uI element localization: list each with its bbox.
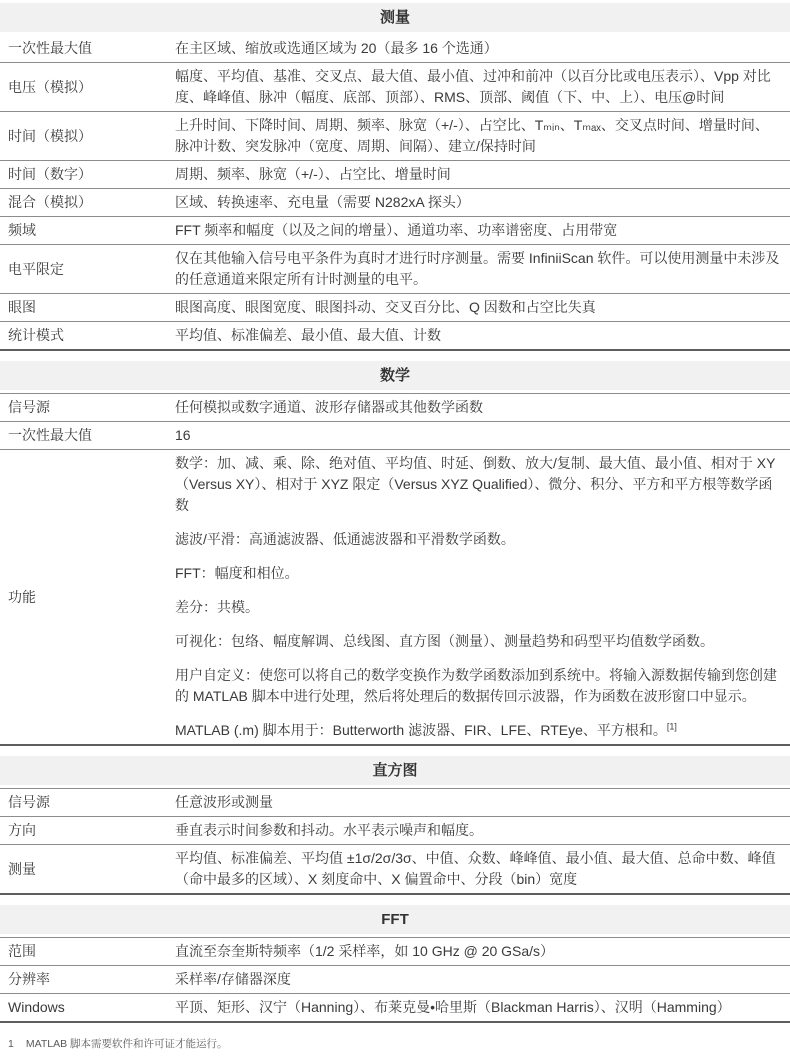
spec-value: 周期、频率、脉宽（+/-）、占空比、增量时间 (175, 164, 790, 185)
spec-label: 电压（模拟） (0, 66, 175, 108)
spec-value: FFT 频率和幅度（以及之间的增量）、通道功率、功率谱密度、占用带宽 (175, 220, 790, 241)
spec-paragraph-text: MATLAB (.m) 脚本用于：Butterworth 滤波器、FIR、LFE… (175, 722, 667, 738)
spec-paragraph: 直流至奈奎斯特频率（1/2 采样率，如 10 GHz @ 20 GSa/s） (175, 941, 780, 962)
spec-paragraph: 滤波/平滑：高通滤波器、低通滤波器和平滑数学函数。 (175, 529, 780, 550)
spec-row: 方向 垂直表示时间参数和抖动。水平表示噪声和幅度。 (0, 817, 790, 845)
spec-value: 任意波形或测量 (175, 792, 790, 813)
footnote-text: MATLAB 脚本需要软件和许可证才能运行。 (26, 1037, 228, 1051)
section-title: 测量 (380, 9, 410, 26)
spec-label: 眼图 (0, 297, 175, 318)
spec-row: 功能 数学：加、减、乘、除、绝对值、平均值、时延、倒数、放大/复制、最大值、最小… (0, 450, 790, 746)
spec-label: 信号源 (0, 792, 175, 813)
spec-paragraph: 16 (175, 425, 780, 446)
spec-label: 电平限定 (0, 248, 175, 290)
spec-row: 统计模式 平均值、标准偏差、最小值、最大值、计数 (0, 322, 790, 351)
spec-row: 测量 平均值、标准偏差、平均值 ±1σ/2σ/3σ、中值、众数、峰峰值、最小值、… (0, 845, 790, 895)
spec-label: 一次性最大值 (0, 425, 175, 446)
section-histogram: 直方图 信号源 任意波形或测量 方向 垂直表示时间参数和抖动。水平表示噪声和幅度… (0, 756, 790, 895)
spec-value: 区域、转换速率、充电量（需要 N282xA 探头） (175, 192, 790, 213)
spec-label: 测量 (0, 848, 175, 890)
spec-paragraph: 数学：加、减、乘、除、绝对值、平均值、时延、倒数、放大/复制、最大值、最小值、相… (175, 453, 780, 516)
spec-value: 平均值、标准偏差、最小值、最大值、计数 (175, 325, 790, 346)
spec-paragraph: 用户自定义：使您可以将自己的数学变换作为数学函数添加到系统中。将输入源数据传输到… (175, 665, 780, 707)
spec-paragraph: 幅度、平均值、基准、交叉点、最大值、最小值、过冲和前冲（以百分比或电压表示）、V… (175, 66, 780, 108)
spec-row: 信号源 任何模拟或数字通道、波形存储器或其他数学函数 (0, 394, 790, 422)
spec-paragraph: FFT 频率和幅度（以及之间的增量）、通道功率、功率谱密度、占用带宽 (175, 220, 780, 241)
spec-label: 时间（数字） (0, 164, 175, 185)
spec-value: 直流至奈奎斯特频率（1/2 采样率，如 10 GHz @ 20 GSa/s） (175, 941, 790, 962)
footnote: 1 MATLAB 脚本需要软件和许可证才能运行。 (0, 1033, 790, 1051)
spec-paragraph: 在主区域、缩放或选通区域为 20（最多 16 个选通） (175, 38, 780, 59)
spec-row: 电压（模拟） 幅度、平均值、基准、交叉点、最大值、最小值、过冲和前冲（以百分比或… (0, 63, 790, 112)
spec-label: 方向 (0, 820, 175, 841)
spec-paragraph: 差分：共模。 (175, 597, 780, 618)
spec-row: 范围 直流至奈奎斯特频率（1/2 采样率，如 10 GHz @ 20 GSa/s… (0, 938, 790, 966)
spec-paragraph: 周期、频率、脉宽（+/-）、占空比、增量时间 (175, 164, 780, 185)
spec-paragraph: FFT：幅度和相位。 (175, 563, 780, 584)
spec-paragraph: MATLAB (.m) 脚本用于：Butterworth 滤波器、FIR、LFE… (175, 720, 780, 741)
spec-label: 功能 (0, 453, 175, 741)
spec-sheet: 测量 一次性最大值 在主区域、缩放或选通区域为 20（最多 16 个选通） 电压… (0, 0, 790, 1057)
spec-value: 平均值、标准偏差、平均值 ±1σ/2σ/3σ、中值、众数、峰峰值、最小值、最大值… (175, 848, 790, 890)
spec-value: 仅在其他输入信号电平条件为真时才进行时序测量。需要 InfiniiScan 软件… (175, 248, 790, 290)
spec-row: 时间（模拟） 上升时间、下降时间、周期、频率、脉宽（+/-）、占空比、Tₘᵢₙ、… (0, 112, 790, 161)
spec-paragraph: 采样率/存储器深度 (175, 969, 780, 990)
section-rows: 信号源 任意波形或测量 方向 垂直表示时间参数和抖动。水平表示噪声和幅度。 测量… (0, 788, 790, 895)
spec-value: 数学：加、减、乘、除、绝对值、平均值、时延、倒数、放大/复制、最大值、最小值、相… (175, 453, 790, 741)
section-title: 直方图 (372, 762, 417, 779)
spec-row: 分辨率 采样率/存储器深度 (0, 966, 790, 994)
spec-paragraph: 可视化：包络、幅度解调、总线图、直方图（测量）、测量趋势和码型平均值数学函数。 (175, 631, 780, 652)
spec-row: 电平限定 仅在其他输入信号电平条件为真时才进行时序测量。需要 InfiniiSc… (0, 245, 790, 294)
section-math: 数学 信号源 任何模拟或数字通道、波形存储器或其他数学函数 一次性最大值 16 … (0, 361, 790, 746)
spec-paragraph: 平顶、矩形、汉宁（Hanning）、布莱克曼•哈里斯（Blackman Harr… (175, 997, 780, 1018)
spec-paragraph: 眼图高度、眼图宽度、眼图抖动、交叉百分比、Q 因数和占空比失真 (175, 297, 780, 318)
spec-label: 分辨率 (0, 969, 175, 990)
spec-label: 一次性最大值 (0, 38, 175, 59)
spec-row: Windows 平顶、矩形、汉宁（Hanning）、布莱克曼•哈里斯（Black… (0, 994, 790, 1023)
spec-label: 范围 (0, 941, 175, 962)
section-title: FFT (381, 911, 409, 928)
spec-value: 任何模拟或数字通道、波形存储器或其他数学函数 (175, 397, 790, 418)
section-header-measurement: 测量 (0, 3, 790, 32)
section-fft: FFT 范围 直流至奈奎斯特频率（1/2 采样率，如 10 GHz @ 20 G… (0, 905, 790, 1023)
spec-value: 眼图高度、眼图宽度、眼图抖动、交叉百分比、Q 因数和占空比失真 (175, 297, 790, 318)
spec-row: 混合（模拟） 区域、转换速率、充电量（需要 N282xA 探头） (0, 189, 790, 217)
spec-row: 一次性最大值 在主区域、缩放或选通区域为 20（最多 16 个选通） (0, 35, 790, 63)
spec-label: 时间（模拟） (0, 115, 175, 157)
section-rows: 信号源 任何模拟或数字通道、波形存储器或其他数学函数 一次性最大值 16 功能 … (0, 393, 790, 746)
spec-value: 垂直表示时间参数和抖动。水平表示噪声和幅度。 (175, 820, 790, 841)
spec-label: 统计模式 (0, 325, 175, 346)
spec-label: 频域 (0, 220, 175, 241)
spec-row: 一次性最大值 16 (0, 422, 790, 450)
spec-paragraph: 区域、转换速率、充电量（需要 N282xA 探头） (175, 192, 780, 213)
spec-value: 16 (175, 425, 790, 446)
section-rows: 范围 直流至奈奎斯特频率（1/2 采样率，如 10 GHz @ 20 GSa/s… (0, 937, 790, 1023)
spec-paragraph: 任意波形或测量 (175, 792, 780, 813)
spec-value: 平顶、矩形、汉宁（Hanning）、布莱克曼•哈里斯（Blackman Harr… (175, 997, 790, 1018)
spec-paragraph: 平均值、标准偏差、最小值、最大值、计数 (175, 325, 780, 346)
spec-paragraph: 上升时间、下降时间、周期、频率、脉宽（+/-）、占空比、Tₘᵢₙ、Tₘₐₓ、交叉… (175, 115, 780, 157)
spec-paragraph: 平均值、标准偏差、平均值 ±1σ/2σ/3σ、中值、众数、峰峰值、最小值、最大值… (175, 848, 780, 890)
spec-label: 信号源 (0, 397, 175, 418)
section-header-math: 数学 (0, 361, 790, 390)
footnote-ref: [1] (667, 721, 677, 731)
spec-paragraph: 任何模拟或数字通道、波形存储器或其他数学函数 (175, 397, 780, 418)
spec-row: 时间（数字） 周期、频率、脉宽（+/-）、占空比、增量时间 (0, 161, 790, 189)
spec-value: 幅度、平均值、基准、交叉点、最大值、最小值、过冲和前冲（以百分比或电压表示）、V… (175, 66, 790, 108)
section-title: 数学 (380, 367, 410, 384)
spec-row: 信号源 任意波形或测量 (0, 789, 790, 817)
spec-value: 采样率/存储器深度 (175, 969, 790, 990)
spec-label: 混合（模拟） (0, 192, 175, 213)
spec-value: 上升时间、下降时间、周期、频率、脉宽（+/-）、占空比、Tₘᵢₙ、Tₘₐₓ、交叉… (175, 115, 790, 157)
section-rows: 一次性最大值 在主区域、缩放或选通区域为 20（最多 16 个选通） 电压（模拟… (0, 35, 790, 351)
section-header-histogram: 直方图 (0, 756, 790, 785)
spec-row: 频域 FFT 频率和幅度（以及之间的增量）、通道功率、功率谱密度、占用带宽 (0, 217, 790, 245)
spec-row: 眼图 眼图高度、眼图宽度、眼图抖动、交叉百分比、Q 因数和占空比失真 (0, 294, 790, 322)
spec-value: 在主区域、缩放或选通区域为 20（最多 16 个选通） (175, 38, 790, 59)
section-measurement: 测量 一次性最大值 在主区域、缩放或选通区域为 20（最多 16 个选通） 电压… (0, 3, 790, 351)
spec-paragraph: 仅在其他输入信号电平条件为真时才进行时序测量。需要 InfiniiScan 软件… (175, 248, 780, 290)
spec-label: Windows (0, 997, 175, 1018)
spec-paragraph: 垂直表示时间参数和抖动。水平表示噪声和幅度。 (175, 820, 780, 841)
footnote-marker: 1 (8, 1037, 14, 1051)
section-header-fft: FFT (0, 905, 790, 934)
